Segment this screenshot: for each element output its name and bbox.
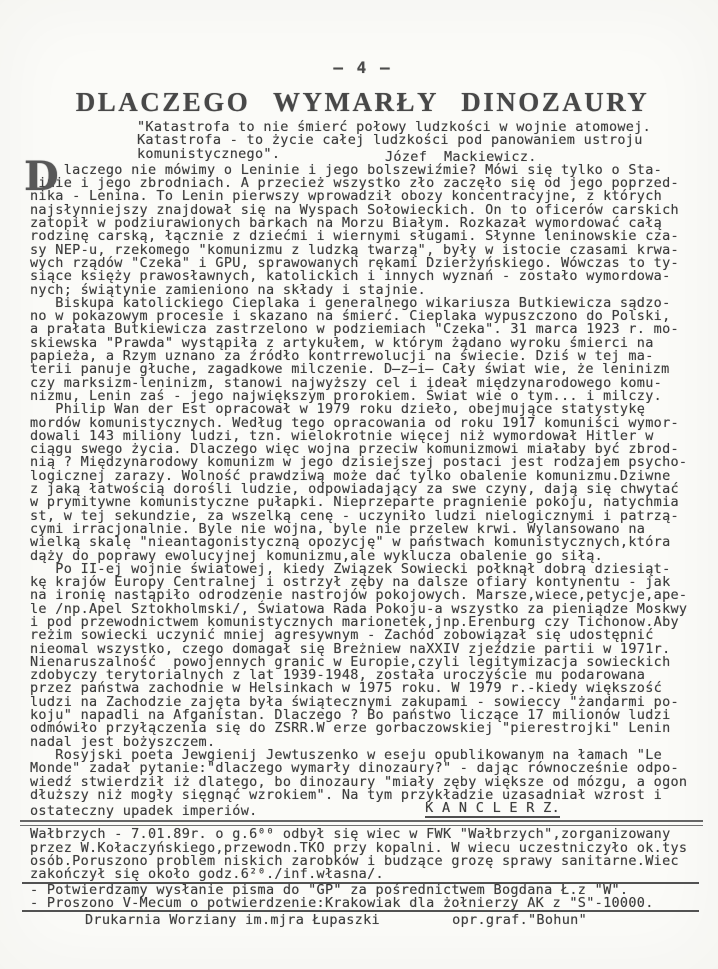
paragraph-5: Rosyjski poeta Jewgienij Jewtuszenko w e…: [30, 749, 695, 802]
page-title: DLACZEGO WYMARŁY DINOZAURY: [30, 87, 695, 118]
note-line-2: - Proszono V-Mecum o potwierdzenie:Krako…: [22, 897, 699, 912]
news-item-text: Wałbrzych - 7.01.89r. o g.6⁰⁰ odbył się …: [30, 828, 695, 868]
paragraph-1: laczego nie mówimy o Leninie i jego bols…: [30, 164, 695, 297]
author-signature: K A N C L E R Z.: [425, 802, 560, 818]
imprint-row: Drukarnia Worziany im.mjra Łupaszki opr.…: [30, 914, 695, 927]
epigraph: "Katastrofa to nie śmierć połowy ludzkoś…: [137, 121, 695, 161]
dropcap-letter: D: [24, 158, 59, 196]
paragraph-2: Biskupa katolickiego Cieplaka i generaln…: [30, 297, 695, 403]
paragraph-5-last-line: ostateczny upadek imperiów.: [30, 805, 258, 818]
signature-row: ostateczny upadek imperiów. K A N C L E …: [30, 802, 695, 818]
printer-credit: Drukarnia Worziany im.mjra Łupaszki: [85, 914, 380, 927]
section-divider-rule: [20, 820, 703, 826]
paragraph-4: Po II-ej wojnie światowej, kiedy Związek…: [30, 563, 695, 749]
graphics-credit: opr.graf."Bohun": [452, 914, 587, 927]
page-number: — 4 —: [30, 58, 695, 77]
article-body: D laczego nie mówimy o Leninie i jego bo…: [30, 164, 695, 928]
document-page: — 4 — DLACZEGO WYMARŁY DINOZAURY "Katast…: [0, 0, 718, 969]
paragraph-3: Philip Wan der Est opracował w 1979 roku…: [30, 403, 695, 563]
